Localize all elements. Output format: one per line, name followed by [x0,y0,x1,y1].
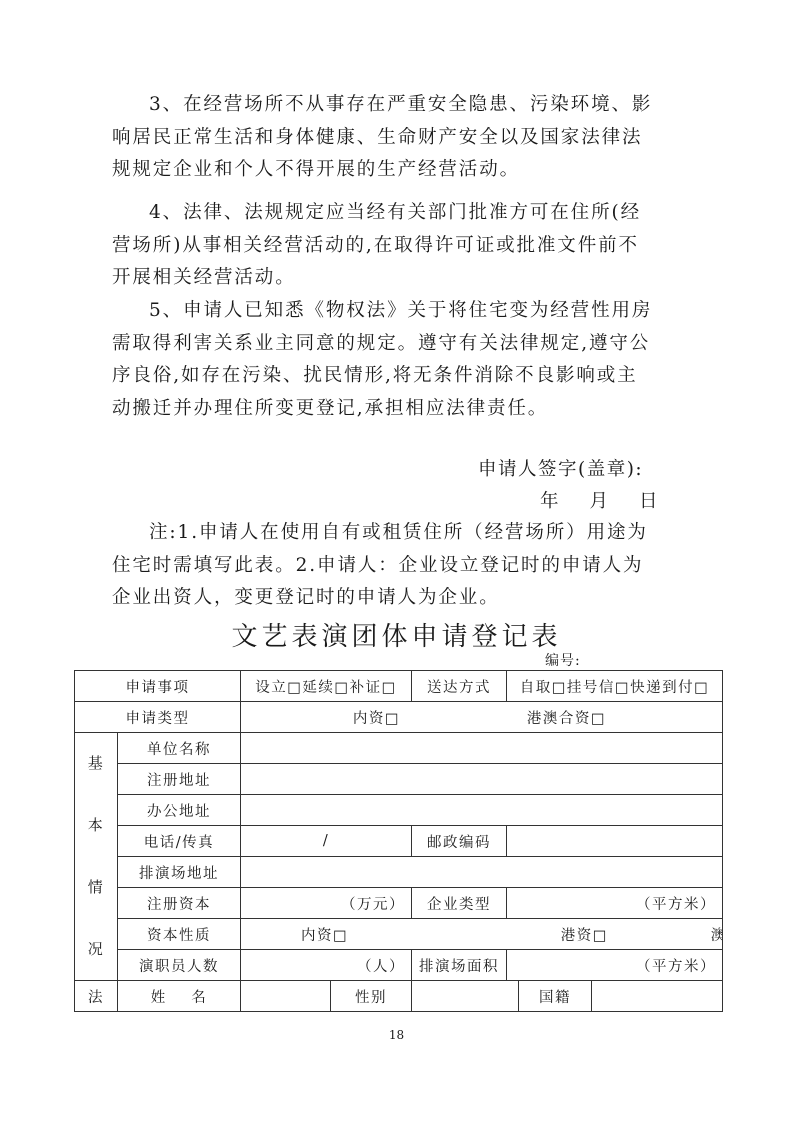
page-number: 18 [0,1028,793,1042]
clause-5-line-1: 5、申请人已知悉《物权法》关于将住宅变为经营性用房 [112,295,682,328]
registered-capital-label: 注册资本 [118,888,241,919]
clause-4-line-1: 4、法律、法规规定应当经有关部门批准方可在住所(经 [112,197,682,230]
rehearsal-address-field[interactable] [241,857,723,888]
clause-3-line-3: 规规定企业和个人不得开展的生产经营活动。 [112,154,682,187]
legal-rep-nationality-field[interactable] [592,981,723,1012]
legal-rep-nationality-label: 国籍 [519,981,592,1012]
phone-fax-label: 电话/传真 [118,826,241,857]
row-legal-rep: 法 姓 名 性别 国籍 [75,981,723,1012]
rehearsal-address-label: 排演场地址 [118,857,241,888]
clause-3-line-1: 3、在经营场所不从事存在严重安全隐患、污染环境、影 [112,89,682,122]
unit-name-label: 单位名称 [118,733,241,764]
signature-label: 申请人签字(盖章): [478,455,643,481]
phone-fax-field[interactable]: / [241,826,412,857]
registered-address-field[interactable] [241,764,723,795]
application-matter-label: 申请事项 [75,671,241,702]
registered-capital-field[interactable]: （万元） [241,888,412,919]
unit-name-field[interactable] [241,733,723,764]
application-type-options[interactable]: 内资□港澳合资□ [241,702,723,733]
note-line-3: 企业出资人，变更登记时的申请人为企业。 [112,582,682,615]
row-unit-name: 基 本 情 况 单位名称 [75,733,723,764]
row-application-matter: 申请事项 设立□延续□补证□ 送达方式 自取□挂号信□快递到付□ [75,671,723,702]
clause-4-line-3: 开展相关经营活动。 [112,262,682,295]
clause-5-line-4: 动搬迁并办理住所变更登记,承担相应法律责任。 [112,393,682,426]
basic-info-section-label: 基 本 情 况 [75,733,118,981]
office-address-label: 办公地址 [118,795,241,826]
serial-number-label: 编号: [545,650,581,670]
legal-rep-gender-label: 性别 [331,981,412,1012]
row-rehearsal-address: 排演场地址 [75,857,723,888]
capital-option-hk[interactable]: 港资□ [446,924,608,945]
postcode-label: 邮政编码 [412,826,507,857]
row-application-type: 申请类型 内资□港澳合资□ [75,702,723,733]
capital-nature-options[interactable]: 内资□港资□澳资□ [241,919,723,950]
application-matter-options[interactable]: 设立□延续□补证□ [241,671,412,702]
capital-nature-label: 资本性质 [118,919,241,950]
clause-5: 5、申请人已知悉《物权法》关于将住宅变为经营性用房 需取得利害关系业主同意的规定… [112,295,682,425]
note-line-1: 注:1.申请人在使用自有或租赁住所（经营场所）用途为 [112,517,682,550]
postcode-field[interactable] [507,826,723,857]
registration-form: 申请事项 设立□延续□补证□ 送达方式 自取□挂号信□快递到付□ 申请类型 内资… [74,670,723,1012]
signature-date: 年 月 日 [540,487,659,513]
registered-address-label: 注册地址 [118,764,241,795]
row-registered-capital: 注册资本 （万元） 企业类型 （平方米） [75,888,723,919]
application-type-label: 申请类型 [75,702,241,733]
staff-count-field[interactable]: （人） [241,950,412,981]
row-registered-address: 注册地址 [75,764,723,795]
clause-4-line-2: 营场所)从事相关经营活动的,在取得许可证或批准文件前不 [112,230,682,263]
clause-3-line-2: 响居民正常生活和身体健康、生命财产安全以及国家法律法 [112,122,682,155]
row-phone-fax: 电话/传真 / 邮政编码 [75,826,723,857]
staff-count-label: 演职员人数 [118,950,241,981]
type-option-hk-macao[interactable]: 港澳合资□ [492,707,642,728]
delivery-method-label: 送达方式 [412,671,507,702]
clause-5-line-2: 需取得利害关系业主同意的规定。遵守有关法律规定,遵守公 [112,328,682,361]
note-line-2: 住宅时需填写此表。2.申请人：企业设立登记时的申请人为 [112,550,682,583]
clause-5-line-3: 序良俗,如存在污染、扰民情形,将无条件消除不良影响或主 [112,360,682,393]
form-title: 文艺表演团体申请登记表 [0,616,793,653]
rehearsal-area-label: 排演场面积 [412,950,507,981]
delivery-method-options[interactable]: 自取□挂号信□快递到付□ [507,671,723,702]
legal-rep-gender-field[interactable] [412,981,519,1012]
type-option-domestic[interactable]: 内资□ [262,707,492,728]
enterprise-type-field[interactable]: （平方米） [507,888,723,919]
capital-option-domestic[interactable]: 内资□ [301,924,446,945]
office-address-field[interactable] [241,795,723,826]
legal-rep-name-field[interactable] [241,981,331,1012]
row-capital-nature: 资本性质 内资□港资□澳资□ [75,919,723,950]
clause-3: 3、在经营场所不从事存在严重安全隐患、污染环境、影 响居民正常生活和身体健康、生… [112,89,682,187]
legal-rep-name-label: 姓 名 [118,981,241,1012]
enterprise-type-label: 企业类型 [412,888,507,919]
legal-rep-section-label: 法 [75,981,118,1012]
clause-4: 4、法律、法规规定应当经有关部门批准方可在住所(经 营场所)从事相关经营活动的,… [112,197,682,295]
capital-option-macao[interactable]: 澳资□ [608,924,723,945]
row-staff-count: 演职员人数 （人） 排演场面积 （平方米） [75,950,723,981]
row-office-address: 办公地址 [75,795,723,826]
note: 注:1.申请人在使用自有或租赁住所（经营场所）用途为 住宅时需填写此表。2.申请… [112,517,682,615]
rehearsal-area-field[interactable]: （平方米） [507,950,723,981]
